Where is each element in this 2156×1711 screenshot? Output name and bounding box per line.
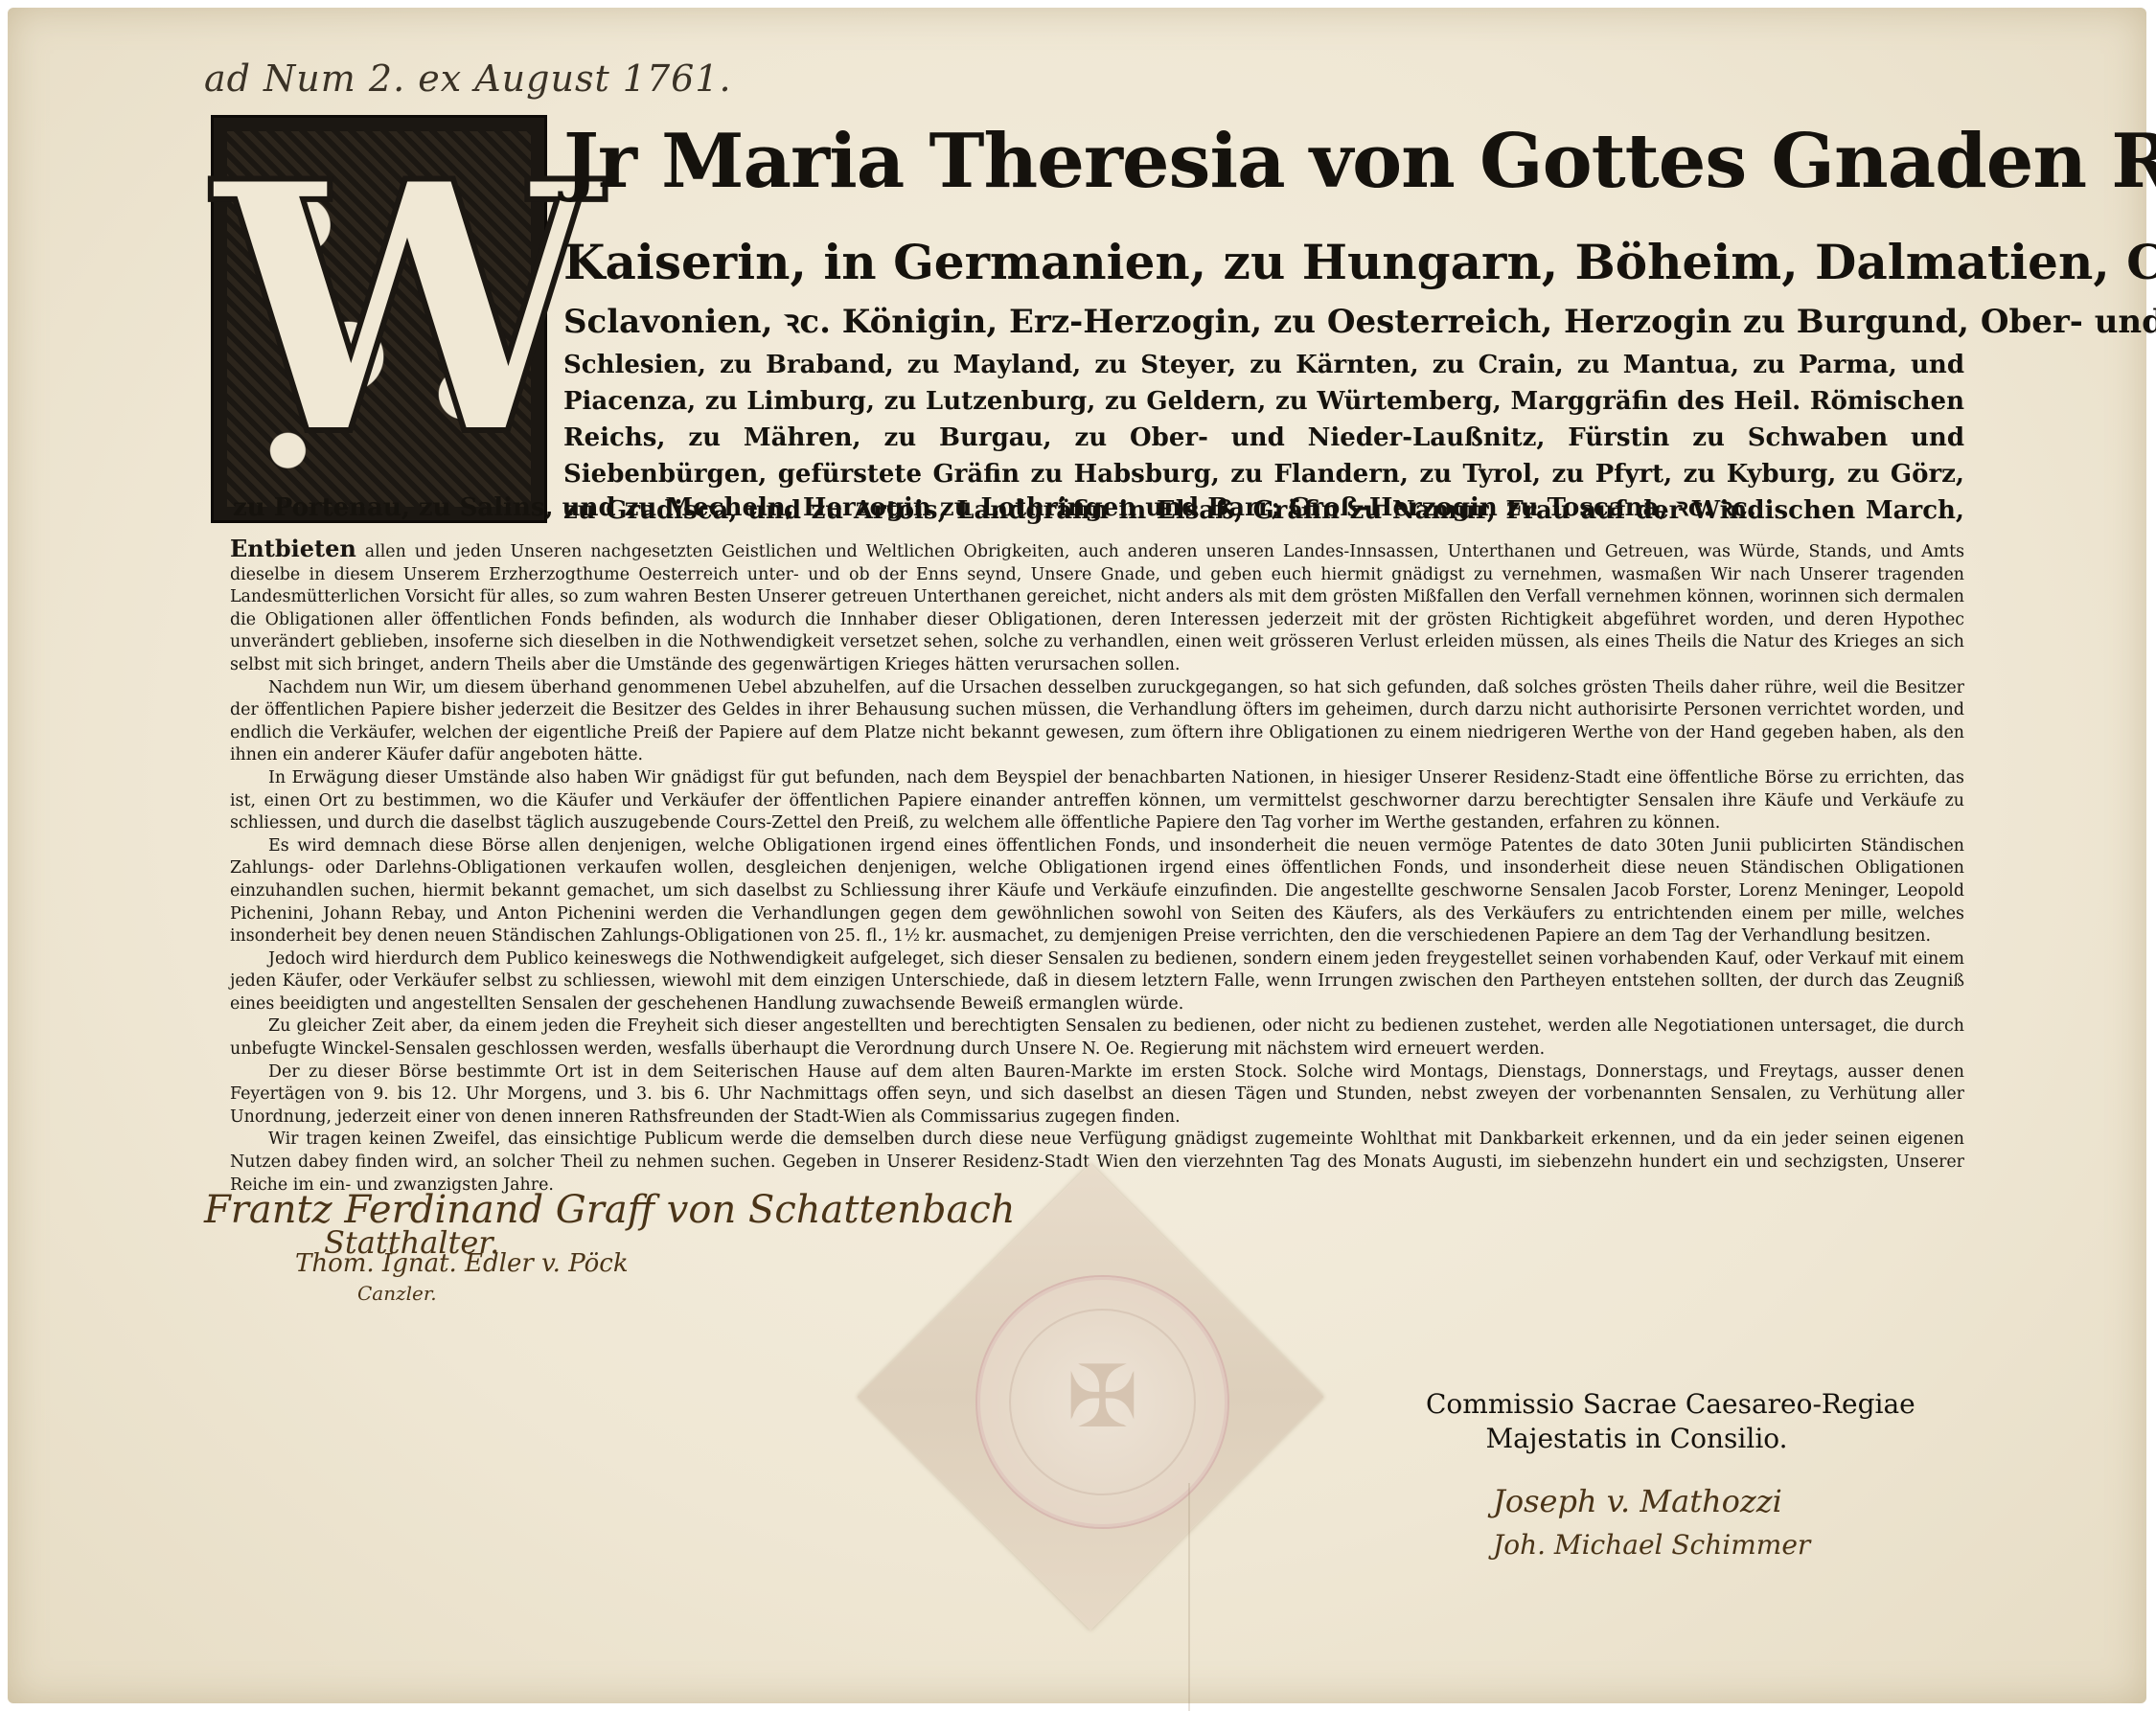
paragraph: Jedoch wird hierdurch dem Publico keines… <box>230 948 1964 1016</box>
paragraph: Nachdem nun Wir, um diesem überhand geno… <box>230 677 1964 767</box>
styles-tail: zu Portenau, zu Salins, und zu Mecheln, … <box>233 489 1756 523</box>
paragraph: Es wird demnach diese Börse allen denjen… <box>230 835 1964 948</box>
signature-kanzler: Thom. Ignat. Edler v. Pöck <box>295 1249 629 1278</box>
lead-word: Entbieten <box>230 535 356 562</box>
royal-styles: Kaiserin, in Germanien, zu Hungarn, Böhe… <box>563 228 1964 529</box>
document-title: Jr Maria Theresia von Gottes Gnaden Röm. <box>563 118 2156 205</box>
styles-line-1: Kaiserin, in Germanien, zu Hungarn, Böhe… <box>563 228 1964 297</box>
signature-kanzler-title: Canzler. <box>357 1282 437 1305</box>
styles-line-2: Sclavonien, ꝛc. Königin, Erz-Herzogin, z… <box>563 297 1964 347</box>
paragraph: Der zu dieser Börse bestimmte Ort ist in… <box>230 1061 1964 1129</box>
signature-commission-2: Joh. Michael Schimmer <box>1493 1529 1810 1561</box>
attestation-line-1: Commissio Sacrae Caesareo-Regiae <box>1426 1387 1847 1422</box>
initial-letter: W <box>214 137 544 482</box>
paragraph: Zu gleicher Zeit aber, da einem jeden di… <box>230 1015 1964 1061</box>
eagle-icon: ✠ <box>980 1347 1225 1448</box>
signature-commission-1: Joseph v. Mathozzi <box>1493 1483 1782 1519</box>
paragraph: Entbieten allen und jeden Unseren nachge… <box>230 537 1964 677</box>
archive-note: ad Num 2. ex August 1761. <box>204 57 732 100</box>
document-sheet: ad Num 2. ex August 1761. W Jr Maria The… <box>8 8 2146 1703</box>
decorated-initial: W <box>211 115 547 523</box>
attestation: Commissio Sacrae Caesareo-Regiae Majesta… <box>1426 1387 1847 1456</box>
decree-body: Entbieten allen und jeden Unseren nachge… <box>230 537 1964 1197</box>
fold-crease <box>1188 1483 1190 1711</box>
paragraph: In Erwägung dieser Umstände also haben W… <box>230 767 1964 835</box>
attestation-line-2: Majestatis in Consilio. <box>1426 1422 1847 1456</box>
